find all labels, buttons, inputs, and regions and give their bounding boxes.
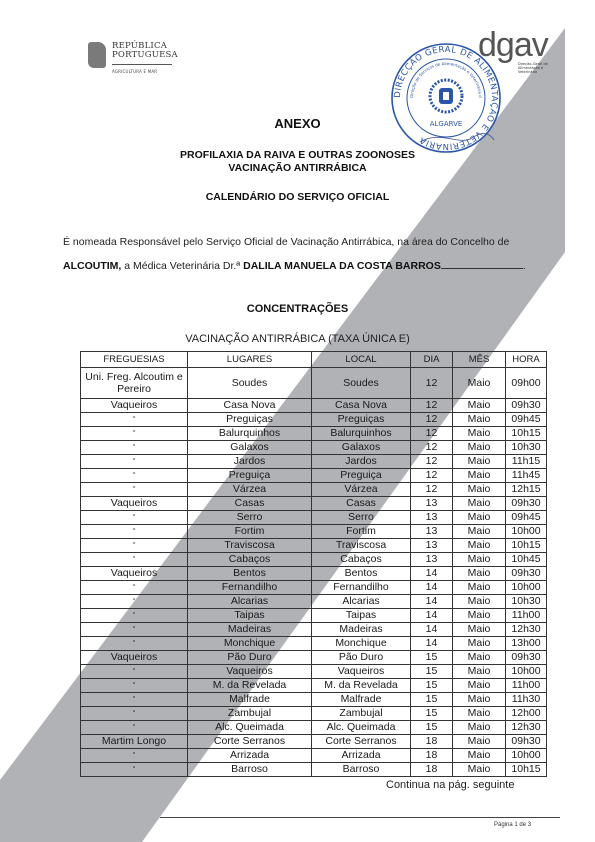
cell-freguesia: “ [81, 581, 188, 595]
cell-hora: 12h30 [506, 721, 547, 735]
cell-hora: 09h00 [506, 368, 547, 399]
cell-dia: 15 [411, 679, 453, 693]
cell-mes: Maio [453, 623, 506, 637]
table-row: “SerroSerro13Maio09h45 [81, 511, 547, 525]
cell-mes: Maio [453, 693, 506, 707]
table-caption: VACINAÇÃO ANTIRRÁBICA (TAXA ÚNICA E) [0, 333, 595, 345]
cell-dia: 14 [411, 567, 453, 581]
cell-local: Madeiras [312, 623, 411, 637]
table-row: “PreguiçaPreguiça12Maio11h45 [81, 469, 547, 483]
cell-lugar: Bentos [188, 567, 312, 581]
cell-local: Casa Nova [312, 399, 411, 413]
concentracoes-title: CONCENTRAÇÕES [0, 303, 595, 315]
dgav-caption: Direção-Geral de Alimentação e Veterinár… [518, 62, 558, 74]
blank-line [441, 258, 523, 269]
cell-freguesia: “ [81, 763, 188, 777]
table-row: “PreguiçasPreguiças12Maio09h45 [81, 413, 547, 427]
cell-lugar: Serro [188, 511, 312, 525]
table-row: “ArrizadaArrizada18Maio10h00 [81, 749, 547, 763]
cell-freguesia: “ [81, 469, 188, 483]
cell-hora: 12h00 [506, 707, 547, 721]
cell-mes: Maio [453, 469, 506, 483]
logo-subtitle: AGRICULTURA E MAR [112, 69, 157, 74]
cell-mes: Maio [453, 707, 506, 721]
cell-local: Zambujal [312, 707, 411, 721]
cell-local: Casas [312, 497, 411, 511]
logo-name: REPÚBLICA PORTUGUESA [112, 42, 178, 60]
cell-lugar: Fortim [188, 525, 312, 539]
cell-lugar: Preguiças [188, 413, 312, 427]
paragraph-end: . [523, 260, 526, 272]
cell-dia: 13 [411, 525, 453, 539]
cell-hora: 10h15 [506, 763, 547, 777]
header-hora: HORA [506, 352, 547, 368]
cell-dia: 12 [411, 441, 453, 455]
table-row: “VárzeaVárzea12Maio12h15 [81, 483, 547, 497]
cell-freguesia: Vaqueiros [81, 399, 188, 413]
cell-freguesia: “ [81, 511, 188, 525]
cell-dia: 12 [411, 469, 453, 483]
cell-lugar: Casas [188, 497, 312, 511]
cell-hora: 09h30 [506, 567, 547, 581]
cell-lugar: Madeiras [188, 623, 312, 637]
table-row: “ZambujalZambujal15Maio12h00 [81, 707, 547, 721]
table-row: “TraviscosaTraviscosa13Maio10h15 [81, 539, 547, 553]
table-row: “AlcariasAlcarias14Maio10h30 [81, 595, 547, 609]
cell-local: Corte Serranos [312, 735, 411, 749]
cell-local: Traviscosa [312, 539, 411, 553]
cell-local: Pão Duro [312, 651, 411, 665]
cell-dia: 15 [411, 721, 453, 735]
header-local: LOCAL [312, 352, 411, 368]
table-row: VaqueirosBentosBentos14Maio09h30 [81, 567, 547, 581]
republic-emblem-icon [88, 42, 106, 68]
republica-portuguesa-logo: REPÚBLICA PORTUGUESA AGRICULTURA E MAR [88, 42, 248, 92]
cell-hora: 09h30 [506, 399, 547, 413]
cell-local: Alc. Queimada [312, 721, 411, 735]
cell-local: Fernandilho [312, 581, 411, 595]
cell-freguesia: “ [81, 455, 188, 469]
cell-mes: Maio [453, 567, 506, 581]
cell-local: Preguiças [312, 413, 411, 427]
cell-hora: 11h30 [506, 693, 547, 707]
table-row: VaqueirosCasa NovaCasa Nova12Maio09h30 [81, 399, 547, 413]
table-row: “Alc. QueimadaAlc. Queimada15Maio12h30 [81, 721, 547, 735]
cell-mes: Maio [453, 441, 506, 455]
cell-lugar: M. da Revelada [188, 679, 312, 693]
cell-local: Jardos [312, 455, 411, 469]
cell-hora: 10h30 [506, 595, 547, 609]
cell-mes: Maio [453, 553, 506, 567]
cell-freguesia: Vaqueiros [81, 497, 188, 511]
cell-dia: 12 [411, 399, 453, 413]
cell-lugar: Corte Serranos [188, 735, 312, 749]
cell-hora: 12h30 [506, 623, 547, 637]
cell-local: Alcarias [312, 595, 411, 609]
cell-freguesia: “ [81, 483, 188, 497]
table-row: “TaipasTaipas14Maio11h00 [81, 609, 547, 623]
document-subtitle-2: VACINAÇÃO ANTIRRÁBICA [0, 162, 595, 174]
cell-local: Soudes [312, 368, 411, 399]
cell-dia: 13 [411, 539, 453, 553]
table-row: VaqueirosPão DuroPão Duro15Maio09h30 [81, 651, 547, 665]
cell-freguesia: “ [81, 637, 188, 651]
cell-freguesia: “ [81, 721, 188, 735]
cell-hora: 10h15 [506, 427, 547, 441]
cell-lugar: Zambujal [188, 707, 312, 721]
cell-lugar: Preguiça [188, 469, 312, 483]
cell-mes: Maio [453, 427, 506, 441]
cell-hora: 11h00 [506, 609, 547, 623]
table-row: “MadeirasMadeiras14Maio12h30 [81, 623, 547, 637]
cell-freguesia: Martim Longo [81, 735, 188, 749]
cell-dia: 12 [411, 483, 453, 497]
cell-lugar: Balurquinhos [188, 427, 312, 441]
cell-dia: 13 [411, 497, 453, 511]
table-row: “M. da ReveladaM. da Revelada15Maio11h00 [81, 679, 547, 693]
cell-local: Cabaços [312, 553, 411, 567]
cell-lugar: Monchique [188, 637, 312, 651]
cell-mes: Maio [453, 497, 506, 511]
cell-hora: 10h00 [506, 665, 547, 679]
cell-dia: 14 [411, 623, 453, 637]
cell-local: Serro [312, 511, 411, 525]
cell-freguesia: “ [81, 707, 188, 721]
cell-lugar: Malfrade [188, 693, 312, 707]
cell-hora: 09h30 [506, 651, 547, 665]
table-row: “MalfradeMalfrade15Maio11h30 [81, 693, 547, 707]
cell-local: Malfrade [312, 693, 411, 707]
cell-lugar: Cabaços [188, 553, 312, 567]
cell-hora: 13h00 [506, 637, 547, 651]
cell-freguesia: Vaqueiros [81, 651, 188, 665]
table-header-row: FREGUESIAS LUGARES LOCAL DIA MÊS HORA [81, 352, 547, 368]
table-row: “GalaxosGalaxos12Maio10h30 [81, 441, 547, 455]
paragraph-mid: a Médica Veterinária Dr.ª [121, 260, 243, 272]
cell-freguesia: “ [81, 693, 188, 707]
cell-dia: 12 [411, 427, 453, 441]
cell-mes: Maio [453, 581, 506, 595]
cell-freguesia: “ [81, 623, 188, 637]
cell-local: Vaqueiros [312, 665, 411, 679]
footer-rule [160, 817, 560, 818]
cell-hora: 10h00 [506, 581, 547, 595]
cell-hora: 09h45 [506, 413, 547, 427]
cell-dia: 14 [411, 609, 453, 623]
cell-lugar: Vaqueiros [188, 665, 312, 679]
cell-hora: 10h00 [506, 525, 547, 539]
cell-dia: 15 [411, 707, 453, 721]
cell-mes: Maio [453, 721, 506, 735]
cell-hora: 11h15 [506, 455, 547, 469]
table-row: “CabaçosCabaços13Maio10h45 [81, 553, 547, 567]
table-row: VaqueirosCasasCasas13Maio09h30 [81, 497, 547, 511]
cell-local: Galaxos [312, 441, 411, 455]
cell-dia: 12 [411, 413, 453, 427]
cell-mes: Maio [453, 455, 506, 469]
table-row: “FortimFortim13Maio10h00 [81, 525, 547, 539]
cell-mes: Maio [453, 735, 506, 749]
cell-local: Balurquinhos [312, 427, 411, 441]
cell-lugar: Soudes [188, 368, 312, 399]
cell-mes: Maio [453, 511, 506, 525]
header-lugares: LUGARES [188, 352, 312, 368]
cell-hora: 10h00 [506, 749, 547, 763]
cell-dia: 13 [411, 511, 453, 525]
cell-lugar: Traviscosa [188, 539, 312, 553]
cell-mes: Maio [453, 368, 506, 399]
cell-lugar: Jardos [188, 455, 312, 469]
document-title: ANEXO [0, 116, 595, 131]
cell-freguesia: “ [81, 553, 188, 567]
appointment-paragraph-line2: ALCOUTIM, a Médica Veterinária Dr.ª DALI… [63, 258, 526, 272]
cell-mes: Maio [453, 483, 506, 497]
header-mes: MÊS [453, 352, 506, 368]
cell-dia: 15 [411, 651, 453, 665]
cell-local: Fortim [312, 525, 411, 539]
cell-hora: 12h15 [506, 483, 547, 497]
cell-lugar: Arrizada [188, 749, 312, 763]
cell-hora: 09h45 [506, 511, 547, 525]
cell-lugar: Barroso [188, 763, 312, 777]
cell-mes: Maio [453, 763, 506, 777]
cell-mes: Maio [453, 749, 506, 763]
appointment-paragraph-line1: É nomeada Responsável pelo Serviço Ofici… [63, 236, 509, 248]
cell-hora: 10h15 [506, 539, 547, 553]
cell-dia: 14 [411, 637, 453, 651]
cell-lugar: Casa Nova [188, 399, 312, 413]
cell-freguesia: “ [81, 441, 188, 455]
cell-mes: Maio [453, 539, 506, 553]
cell-mes: Maio [453, 637, 506, 651]
cell-freguesia: “ [81, 749, 188, 763]
cell-freguesia: Uni. Freg. Alcoutim e Pereiro [81, 368, 188, 399]
cell-dia: 15 [411, 693, 453, 707]
cell-local: M. da Revelada [312, 679, 411, 693]
cell-lugar: Várzea [188, 483, 312, 497]
cell-freguesia: Vaqueiros [81, 567, 188, 581]
cell-lugar: Galaxos [188, 441, 312, 455]
cell-freguesia: “ [81, 679, 188, 693]
cell-lugar: Pão Duro [188, 651, 312, 665]
cell-dia: 18 [411, 735, 453, 749]
cell-mes: Maio [453, 651, 506, 665]
vaccination-schedule-table: FREGUESIAS LUGARES LOCAL DIA MÊS HORA Un… [80, 351, 547, 777]
cell-freguesia: “ [81, 413, 188, 427]
cell-dia: 14 [411, 581, 453, 595]
cell-mes: Maio [453, 595, 506, 609]
table-row: “BarrosoBarroso18Maio10h15 [81, 763, 547, 777]
cell-freguesia: “ [81, 609, 188, 623]
cell-hora: 11h45 [506, 469, 547, 483]
official-stamp: DIRECÇÃO GERAL DE ALIMENTAÇÃO E VETERINÁ… [390, 42, 502, 154]
cell-lugar: Taipas [188, 609, 312, 623]
cell-hora: 10h45 [506, 553, 547, 567]
cell-dia: 12 [411, 368, 453, 399]
cell-freguesia: “ [81, 525, 188, 539]
logo-rule [112, 64, 172, 65]
cell-hora: 10h30 [506, 441, 547, 455]
table-row: Uni. Freg. Alcoutim e PereiroSoudesSoude… [81, 368, 547, 399]
cell-mes: Maio [453, 413, 506, 427]
cell-hora: 09h30 [506, 497, 547, 511]
table-row: “FernandilhoFernandilho14Maio10h00 [81, 581, 547, 595]
document-subtitle-1: PROFILAXIA DA RAIVA E OUTRAS ZOONOSES [0, 149, 595, 161]
cell-freguesia: “ [81, 665, 188, 679]
cell-mes: Maio [453, 525, 506, 539]
table-row: “BalurquinhosBalurquinhos12Maio10h15 [81, 427, 547, 441]
cell-local: Monchique [312, 637, 411, 651]
cell-dia: 18 [411, 749, 453, 763]
cell-mes: Maio [453, 609, 506, 623]
table-row: “JardosJardos12Maio11h15 [81, 455, 547, 469]
cell-dia: 13 [411, 553, 453, 567]
table-row: “VaqueirosVaqueiros15Maio10h00 [81, 665, 547, 679]
cell-dia: 18 [411, 763, 453, 777]
table-row: Martim LongoCorte SerranosCorte Serranos… [81, 735, 547, 749]
cell-local: Bentos [312, 567, 411, 581]
cell-freguesia: “ [81, 539, 188, 553]
cell-mes: Maio [453, 665, 506, 679]
cell-dia: 14 [411, 595, 453, 609]
cell-dia: 12 [411, 455, 453, 469]
cell-dia: 15 [411, 665, 453, 679]
cell-hora: 09h30 [506, 735, 547, 749]
cell-local: Preguiça [312, 469, 411, 483]
cell-lugar: Alcarias [188, 595, 312, 609]
header-dia: DIA [411, 352, 453, 368]
coat-of-arms-icon [430, 80, 462, 112]
cell-lugar: Alc. Queimada [188, 721, 312, 735]
continues-note: Continua na pág. seguinte [386, 779, 514, 791]
cell-local: Várzea [312, 483, 411, 497]
cell-mes: Maio [453, 679, 506, 693]
logo-name-line2: PORTUGUESA [112, 51, 178, 60]
page-number: Página 1 de 3 [494, 822, 531, 828]
cell-mes: Maio [453, 399, 506, 413]
cell-local: Barroso [312, 763, 411, 777]
cell-freguesia: “ [81, 427, 188, 441]
responsavel-name: DALILA MANUELA DA COSTA BARROS [243, 260, 441, 272]
header-freguesias: FREGUESIAS [81, 352, 188, 368]
cell-local: Arrizada [312, 749, 411, 763]
cell-lugar: Fernandilho [188, 581, 312, 595]
cell-freguesia: “ [81, 595, 188, 609]
concelho-name: ALCOUTIM, [63, 260, 121, 272]
cell-local: Taipas [312, 609, 411, 623]
cell-hora: 11h00 [506, 679, 547, 693]
table-row: “MonchiqueMonchique14Maio13h00 [81, 637, 547, 651]
section-title: CALENDÁRIO DO SERVIÇO OFICIAL [0, 191, 595, 203]
